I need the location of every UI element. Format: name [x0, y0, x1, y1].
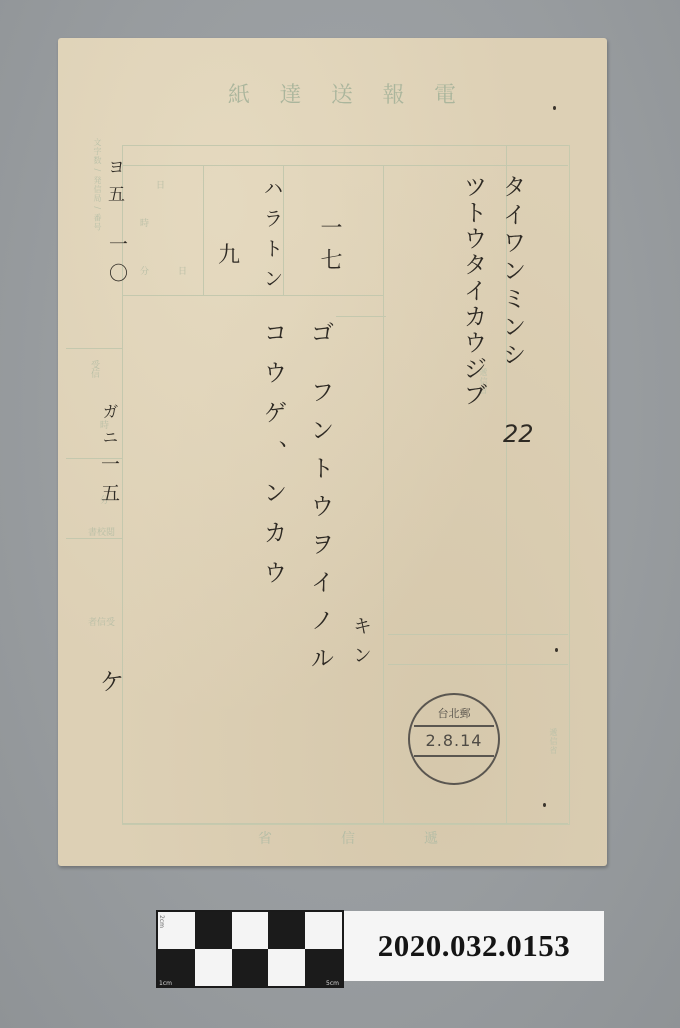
handwritten-received-minute: 一五	[96, 454, 123, 512]
ink-speck	[555, 648, 558, 652]
handwritten-receiver-mark: ケ	[100, 662, 124, 697]
handwritten-origin-number: 九	[218, 238, 240, 269]
handwritten-address-number: 22	[503, 420, 534, 448]
postmark-office: 台北郵	[410, 705, 498, 721]
scale-label-right: 5cm	[326, 980, 339, 987]
postmark-bar	[414, 755, 494, 757]
color-scale-bar	[156, 910, 344, 988]
label-checker: 書校閲	[88, 525, 115, 538]
scale-label-left: 1cm	[159, 980, 172, 987]
ink-speck	[553, 106, 556, 110]
form-title-char: 紙	[228, 78, 252, 109]
handwritten-received-time: 一〇	[104, 234, 131, 292]
form-title-char: 達	[279, 78, 303, 109]
postmark-stamp: 台北郵 2.8.14	[408, 693, 500, 785]
scale-square	[195, 949, 232, 986]
scale-square	[268, 912, 305, 949]
received-rule	[66, 348, 122, 349]
issuer-char: 省	[258, 828, 272, 848]
date-column-rule	[203, 165, 204, 295]
stamp-row-rule-bottom	[388, 664, 568, 665]
scale-square	[305, 912, 342, 949]
form-title-char: 電	[434, 78, 458, 109]
handwritten-received-hour: ガニ	[98, 403, 121, 455]
postmark-bar	[414, 725, 494, 727]
handwritten-message-1: ゴ フントウヲイノル	[303, 320, 338, 684]
corner-print: 遞信省	[548, 728, 558, 808]
message-column-rule	[383, 165, 384, 823]
stamp-row-rule-top	[388, 634, 568, 635]
header-row-rule	[122, 165, 568, 166]
receiver-rule	[66, 538, 122, 539]
issuer-char: 遞	[424, 828, 438, 848]
handwritten-message-2: コウゲ、ンカウ	[256, 320, 291, 600]
frame-top-rule	[122, 145, 568, 146]
instructions-print: 文字数 / 発信局 / 番号	[92, 138, 102, 338]
label-received: 受信	[88, 360, 101, 378]
form-title-char: 送	[331, 78, 355, 109]
label-day: 日	[156, 178, 165, 191]
scale-label-top: 2cm	[158, 915, 165, 928]
label-minute: 分	[140, 264, 149, 277]
issuer-footer: 省 信 遞	[258, 828, 438, 848]
scale-square	[232, 949, 269, 986]
scale-square	[195, 912, 232, 949]
handwritten-origin: ハラトン	[258, 178, 287, 298]
handwritten-received-day: ヨ五	[102, 158, 127, 212]
label-hour: 時	[140, 216, 149, 229]
handwritten-address-1: タイワンミンシ	[495, 174, 530, 370]
telegram-form-card: 紙 達 送 報 電 文字数 / 発信局 / 番号 遞信省 遞信省 日 時 分 日…	[58, 38, 607, 866]
frame-bottom-rule	[122, 823, 568, 824]
scale-square	[232, 912, 269, 949]
label-day-2: 日	[178, 264, 187, 277]
handwritten-sender: キン	[348, 616, 375, 674]
remarks-rule	[336, 316, 386, 317]
handwritten-count: 一七	[314, 216, 345, 280]
handwritten-address-2: ツトウタイカウジブ	[456, 174, 491, 408]
form-title-char: 報	[382, 78, 406, 109]
issuer-char: 信	[341, 828, 355, 848]
accession-number-label: 2020.032.0153	[344, 911, 604, 981]
form-title: 紙 達 送 報 電	[228, 78, 458, 109]
label-receiver: 者信受	[88, 615, 115, 628]
date-row-rule	[122, 295, 383, 296]
ink-speck	[543, 803, 546, 807]
scale-square	[268, 949, 305, 986]
postmark-date: 2.8.14	[410, 731, 498, 750]
